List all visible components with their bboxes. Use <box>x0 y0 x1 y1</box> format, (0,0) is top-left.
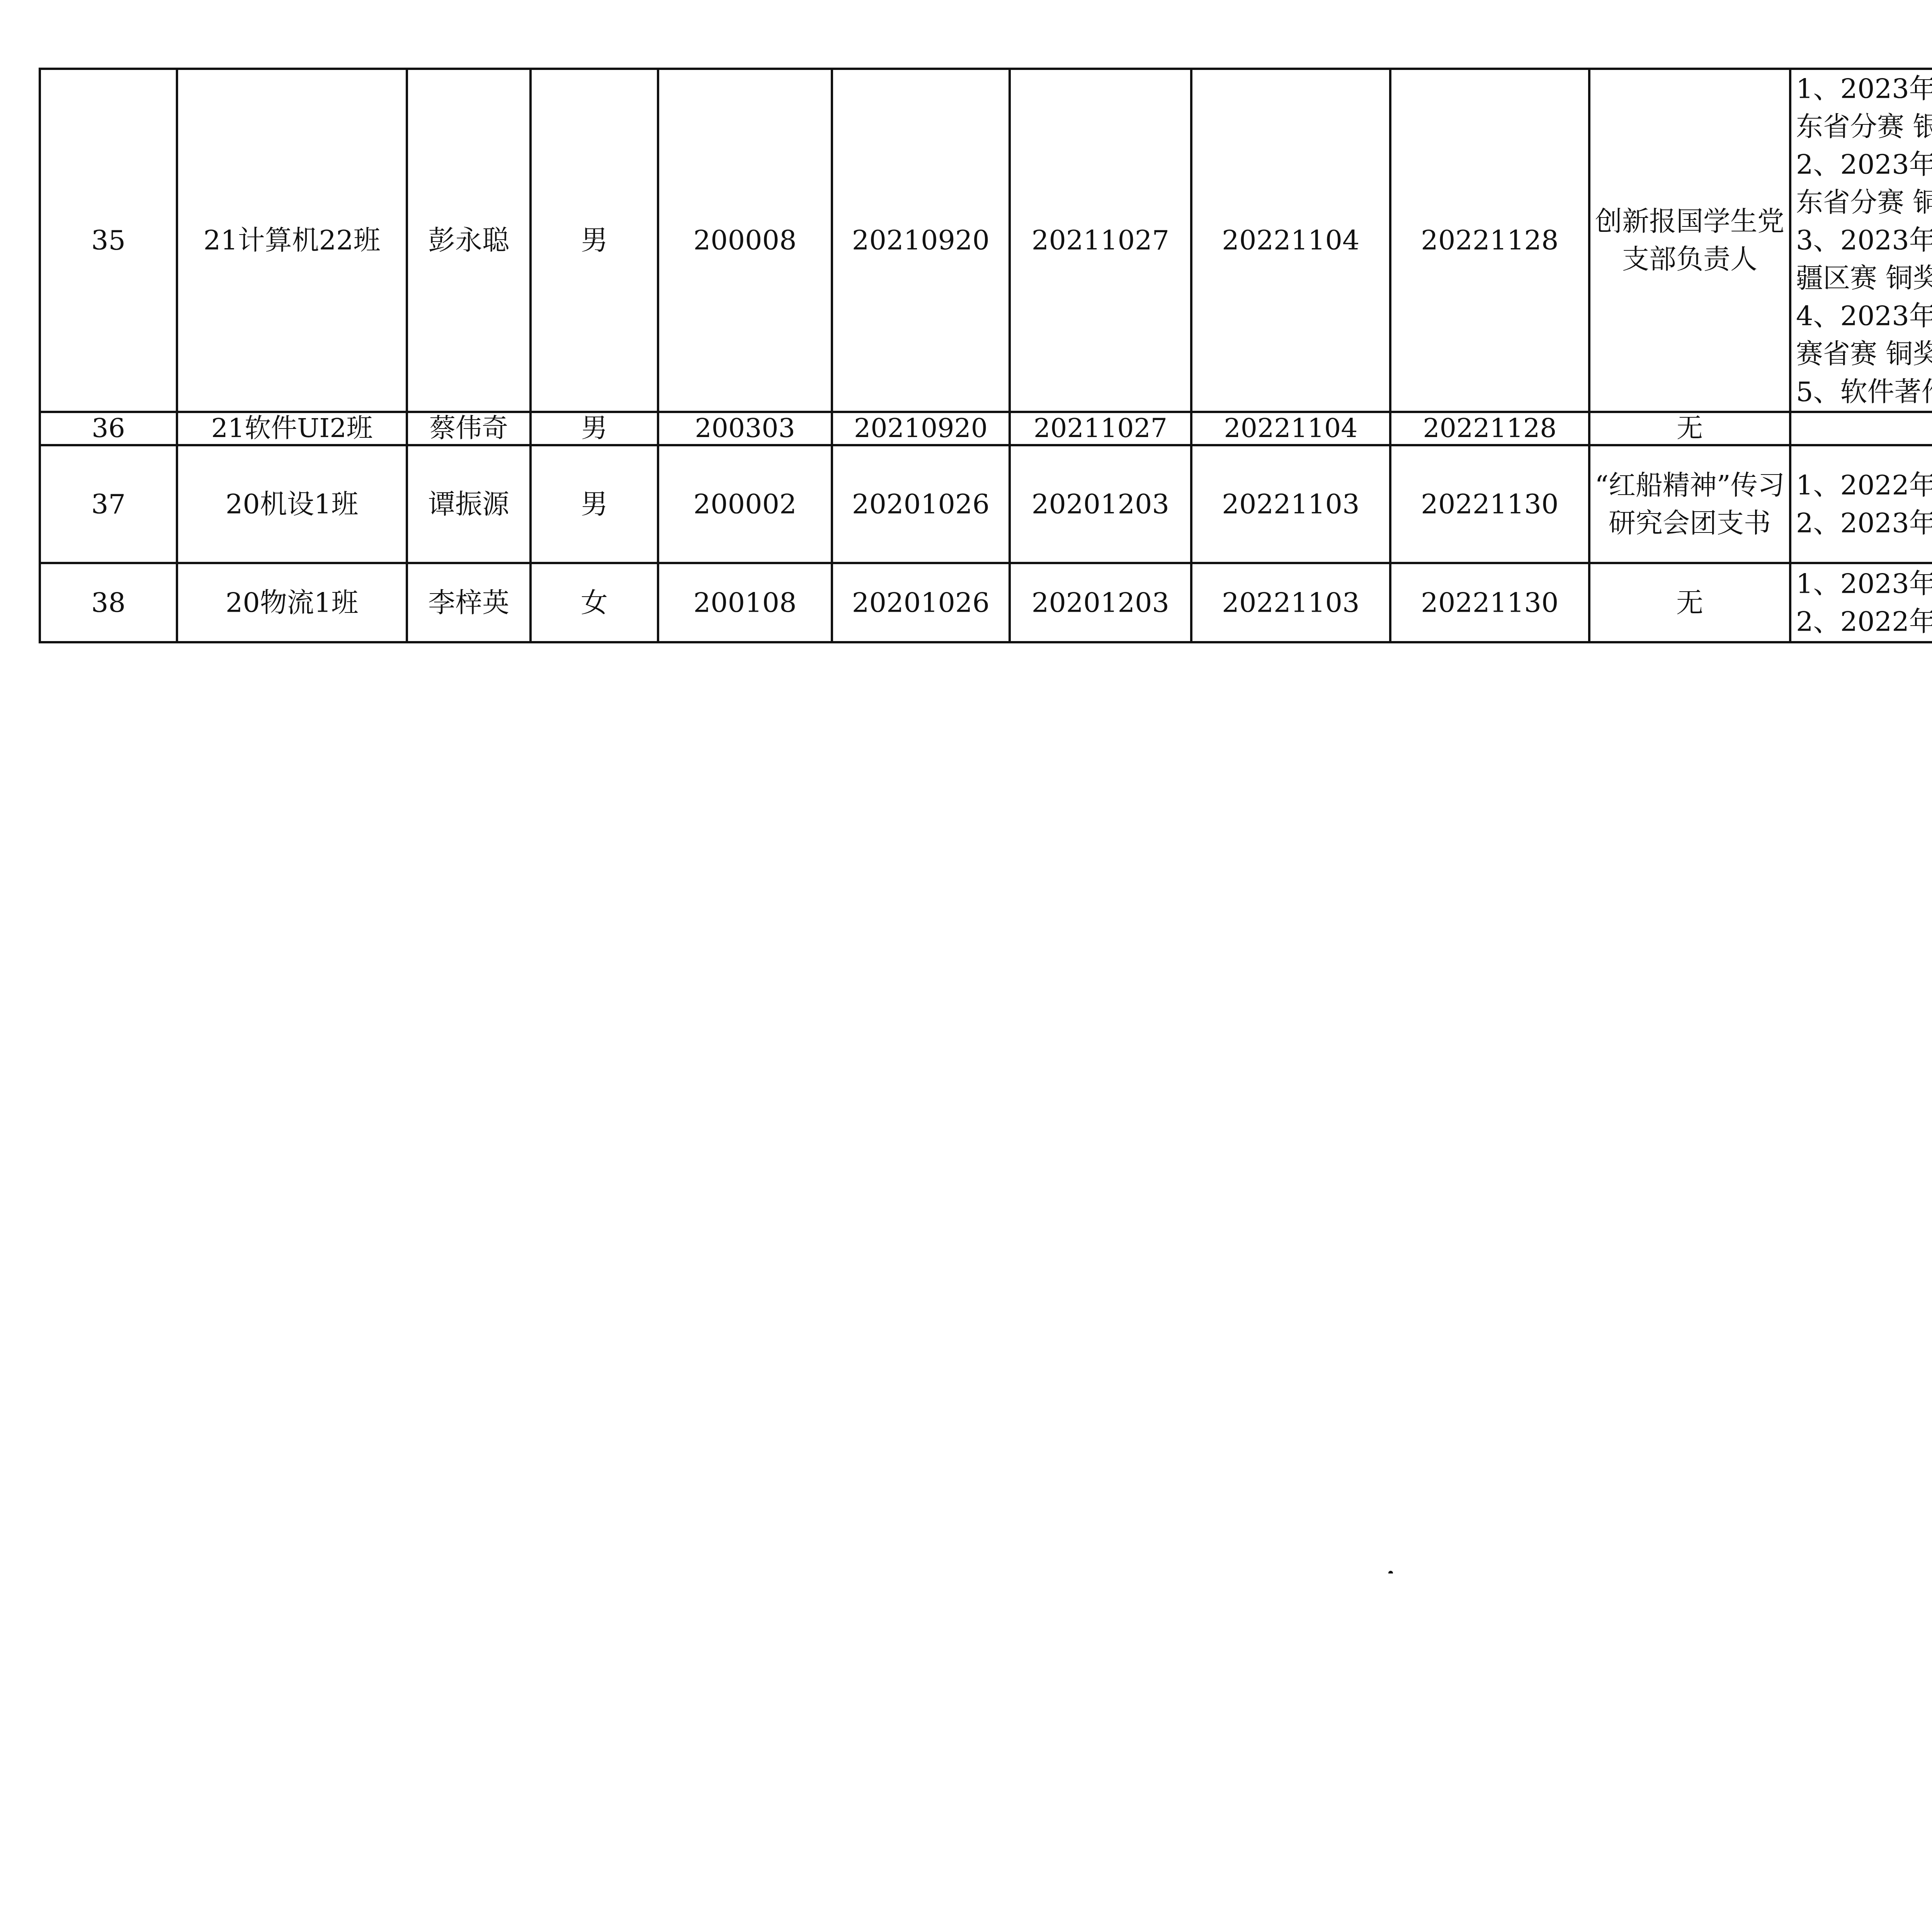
cell-role: 无 <box>1589 412 1790 445</box>
cell-name: 蔡伟奇 <box>407 412 531 445</box>
cell-student-id: 200108 <box>658 563 832 642</box>
cell-date-activist: 20211027 <box>1010 69 1191 412</box>
cell-no: 37 <box>40 445 177 563</box>
cell-gender: 男 <box>531 69 658 412</box>
cell-no: 36 <box>40 412 177 445</box>
cell-date-candidate: 20221103 <box>1191 445 1390 563</box>
cell-date-activist: 20201203 <box>1010 445 1191 563</box>
cell-class: 20物流1班 <box>177 563 407 642</box>
cell-date-probationary: 20221128 <box>1390 69 1589 412</box>
cell-role: “红船精神”传习研究会团支书 <box>1589 445 1790 563</box>
cell-name: 彭永聪 <box>407 69 531 412</box>
cell-gender: 男 <box>531 412 658 445</box>
award-line: 3、2023年9月，第九届中国国际“互联网+”大学生创新创业大赛新疆区赛 铜奖 <box>1796 221 1932 297</box>
member-roster-table: 3521计算机22班彭永聪男20000820210920202110272022… <box>39 68 1932 643</box>
cell-name: 李梓英 <box>407 563 531 642</box>
table-row: 3621软件UI2班蔡伟奇男20030320210920202110272022… <box>40 412 1932 445</box>
cell-role: 无 <box>1589 563 1790 642</box>
award-line: 4、2023年5月，第十七届“挑战杯”广东大学生课外学术科技作品竞赛省赛 铜奖 <box>1796 297 1932 373</box>
cell-date-activist: 20201203 <box>1010 563 1191 642</box>
cell-date-probationary: 20221130 <box>1390 563 1589 642</box>
table-body: 3521计算机22班彭永聪男20000820210920202110272022… <box>40 69 1932 642</box>
cell-awards: 1、2022年12月，获得广科之星奖学金综合奖二等奖.2、2023年3月，获得“… <box>1790 445 1932 563</box>
cell-no: 35 <box>40 69 177 412</box>
cell-date-application: 20210920 <box>832 412 1010 445</box>
award-line: 1、2023年3月，获得“优秀毕业生” <box>1796 565 1932 603</box>
cell-date-candidate: 20221104 <box>1191 412 1390 445</box>
cell-name: 谭振源 <box>407 445 531 563</box>
award-line: 1、2022年12月，获得广科之星奖学金综合奖二等奖. <box>1796 466 1932 504</box>
cell-date-activist: 20211027 <box>1010 412 1191 445</box>
cell-date-candidate: 20221103 <box>1191 563 1390 642</box>
cell-date-candidate: 20221104 <box>1191 69 1390 412</box>
scan-speck <box>1388 1571 1393 1573</box>
cell-student-id: 200008 <box>658 69 832 412</box>
cell-student-id: 200002 <box>658 445 832 563</box>
cell-awards: 无 <box>1790 412 1932 445</box>
cell-gender: 女 <box>531 563 658 642</box>
award-line: 2、2023年9月，第九届中国国际“互联网+”大学生创新创业大赛广东省分赛 铜奖 <box>1796 146 1932 221</box>
cell-student-id: 200303 <box>658 412 832 445</box>
cell-date-probationary: 20221130 <box>1390 445 1589 563</box>
award-line: 5、软件著作权两项 <box>1796 373 1932 411</box>
cell-no: 38 <box>40 563 177 642</box>
award-line: 2、2023年3月，获得“优秀毕业生” <box>1796 504 1932 542</box>
cell-class: 21计算机22班 <box>177 69 407 412</box>
document-page: 3521计算机22班彭永聪男20000820210920202110272022… <box>39 68 1932 643</box>
cell-role: 创新报国学生党支部负责人 <box>1589 69 1790 412</box>
cell-date-probationary: 20221128 <box>1390 412 1589 445</box>
cell-awards: 1、2023年9月，第九届中国国际“互联网+”大学生创新创业大赛广东省分赛 银奖… <box>1790 69 1932 412</box>
award-line: 2、2022年12月，获得“学习之星”和“综合素质之星” <box>1796 603 1932 641</box>
award-line: 无 <box>1796 413 1932 444</box>
table-row: 3521计算机22班彭永聪男20000820210920202110272022… <box>40 69 1932 412</box>
award-line: 1、2023年9月，第九届中国国际“互联网+”大学生创新创业大赛广东省分赛 银奖 <box>1796 70 1932 146</box>
table-row: 3820物流1班李梓英女2001082020102620201203202211… <box>40 563 1932 642</box>
cell-date-application: 20201026 <box>832 445 1010 563</box>
cell-date-application: 20210920 <box>832 69 1010 412</box>
table-row: 3720机设1班谭振源男2000022020102620201203202211… <box>40 445 1932 563</box>
cell-class: 21软件UI2班 <box>177 412 407 445</box>
cell-gender: 男 <box>531 445 658 563</box>
cell-class: 20机设1班 <box>177 445 407 563</box>
cell-date-application: 20201026 <box>832 563 1010 642</box>
cell-awards: 1、2023年3月，获得“优秀毕业生”2、2022年12月，获得“学习之星”和“… <box>1790 563 1932 642</box>
